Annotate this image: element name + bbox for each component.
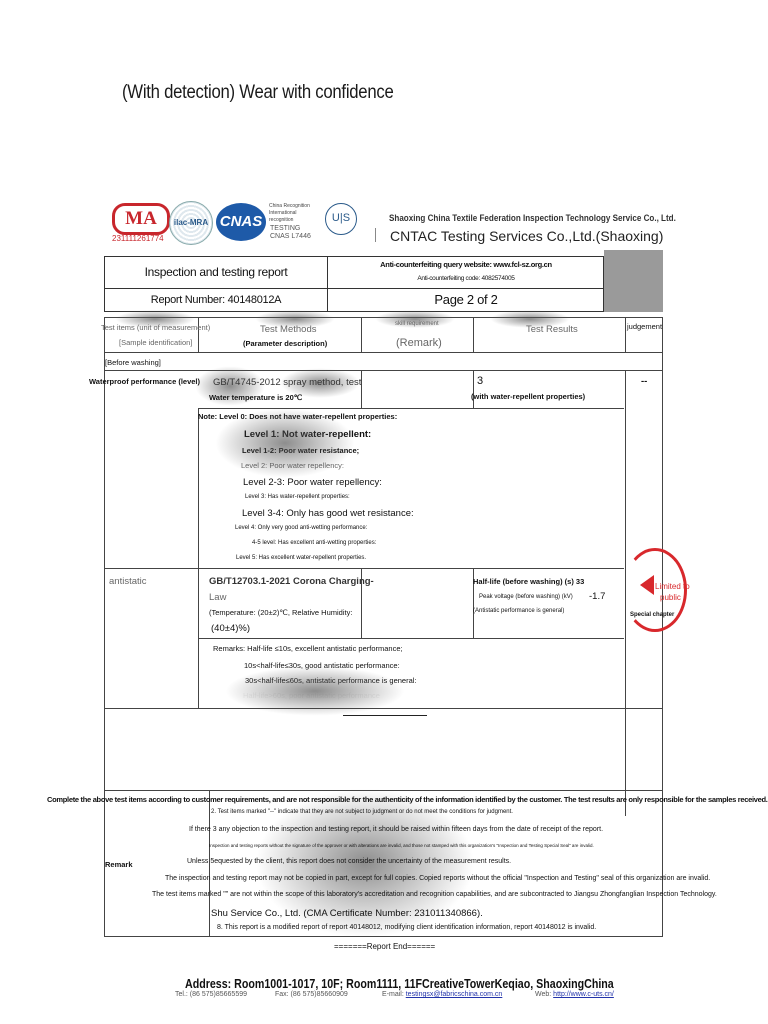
footer-tel: Tel.: (86 575)85665599: [175, 991, 247, 998]
email-link[interactable]: testingsx@fabricschina.com.cn: [406, 991, 503, 998]
column-header-results: Test Results: [526, 324, 578, 335]
waterproof-judgement: --: [641, 376, 647, 387]
cnas-testing-label: TESTINGCNAS L7446: [270, 225, 311, 241]
page-headline: (With detection) Wear with confidence: [122, 82, 394, 104]
remark-4: Inspection and testing reports without t…: [209, 843, 594, 848]
remark-9: 8. This report is a modified report of r…: [217, 924, 596, 931]
antistatic-method-4: (40±4)%): [211, 623, 250, 634]
waterproof-note: Level 2-3: Poor water repellency:: [243, 477, 382, 488]
remark-label: Remark: [105, 860, 133, 869]
antistatic-item: antistatic: [109, 576, 147, 587]
waterproof-result-sub: (with water-repellent properties): [471, 392, 585, 401]
waterproof-note: Level 3: Has water-repellent properties:: [245, 494, 350, 500]
column-header-items: Test items (unit of measurement): [101, 323, 210, 332]
antistatic-method-3: (Temperature: (20±2)℃, Relative Humidity…: [209, 608, 352, 617]
uts-logo: U|S: [325, 203, 357, 235]
redacted-block: [604, 250, 663, 312]
waterproof-note: Level 3-4: Only has good wet resistance:: [242, 508, 414, 519]
test-results-table: Test items (unit of measurement) [Sample…: [104, 317, 663, 937]
seal-text: public: [660, 593, 681, 602]
ilac-mra-logo: ilac-MRA: [169, 201, 213, 245]
antistatic-result-note: (Antistatic performance is general): [473, 608, 564, 614]
report-end: =======Report End======: [334, 942, 435, 951]
column-header-requirement: skill requirement: [395, 321, 439, 327]
footer-fax: Fax: (86 575)85660909: [275, 991, 348, 998]
antistatic-remark: Remarks: Half-life ≤10s, excellent antis…: [213, 644, 403, 653]
antistatic-half-life: Half-life (before washing) (s) 33: [473, 577, 584, 586]
cnas-recognition-text: China Recognition International recognit…: [269, 203, 314, 224]
report-number: Report Number: 40148012A: [105, 294, 327, 306]
column-header-items-sub: [Sample identification]: [119, 338, 192, 347]
remark-8: Shu Service Co., Ltd. (CMA Certificate N…: [211, 908, 483, 919]
remark-5: Unless 5equested by the client, this rep…: [187, 858, 511, 865]
antistatic-peak-voltage-label: Peak voltage (before washing) (kV): [479, 594, 573, 600]
waterproof-result: 3: [477, 375, 483, 387]
remark-6: The inspection and testing report may no…: [165, 875, 710, 882]
footer-email: E-mail: testingsx@fabricschina.com.cn: [382, 991, 502, 998]
remark-2: 2. Test items marked "--" indicate that …: [211, 809, 513, 815]
waterproof-method-sub: Water temperature is 20℃: [209, 393, 302, 402]
remark-1: Complete the above test items according …: [47, 795, 768, 804]
antistatic-peak-voltage-value: -1.7: [589, 591, 605, 602]
antistatic-method-2: Law: [209, 592, 226, 603]
antistatic-method: GB/T12703.1-2021 Corona Charging-: [209, 576, 374, 587]
anti-counterfeit-code: Anti-counterfeiting code: 4082574005: [327, 275, 605, 282]
waterproof-item: Waterproof performance (level): [89, 377, 200, 386]
waterproof-method: GB/T4745-2012 spray method, test: [213, 377, 361, 388]
report-title: Inspection and testing report: [105, 265, 327, 279]
waterproof-note: Level 5: Has excellent water-repellent p…: [236, 555, 366, 561]
company-name-en: CNTAC Testing Services Co.,Ltd.(Shaoxing…: [390, 228, 663, 244]
seal-label: Special chapter: [630, 612, 674, 618]
divider: [375, 228, 376, 242]
cma-number: 231111261774: [112, 234, 164, 243]
star-icon: [640, 575, 654, 595]
seal-text: Limited to: [655, 582, 690, 591]
column-header-methods: Test Methods: [260, 324, 317, 335]
web-link[interactable]: http://www.c-uts.cn/: [553, 991, 614, 998]
waterproof-note: Level 4: Only very good anti-wetting per…: [235, 525, 367, 531]
company-name: Shaoxing China Textile Federation Inspec…: [389, 213, 676, 224]
remark-7: The test items marked "" are not within …: [152, 891, 717, 898]
section-before-washing: [Before washing]: [105, 358, 161, 367]
footer-web: Web: http://www.c-uts.cn/: [535, 991, 614, 998]
column-header-judgement: judgement: [627, 322, 662, 331]
footer-address: Address: Room1001-1017, 10F; Room1111, 1…: [185, 976, 614, 991]
cnas-logo: CNAS: [216, 203, 266, 241]
remark-3: If there 3 any objection to the inspecti…: [189, 826, 603, 833]
cma-logo: MA: [112, 203, 170, 235]
anti-counterfeit-website: Anti-counterfeiting query website: www.f…: [327, 260, 605, 269]
waterproof-note: 4-5 level: Has excellent anti-wetting pr…: [252, 540, 376, 546]
page-indicator: Page 2 of 2: [327, 292, 605, 307]
report-header-table: Inspection and testing report Report Num…: [104, 256, 604, 312]
column-header-methods-sub: (Parameter description): [243, 339, 327, 348]
column-header-requirement-sub: (Remark): [396, 337, 442, 349]
